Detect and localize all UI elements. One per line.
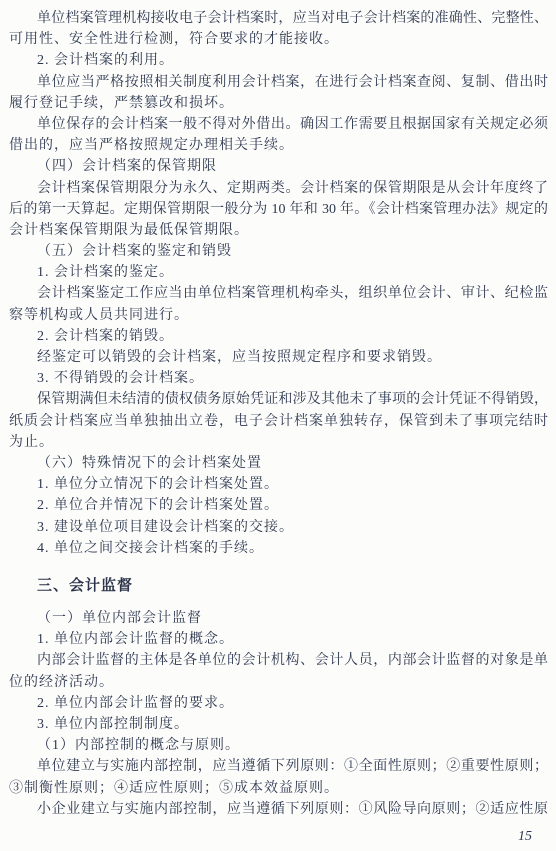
text-line: 2. 单位合并情况下的会计档案处置。 <box>9 495 548 516</box>
text-line: 3. 不得销毁的会计档案。 <box>9 368 548 389</box>
text-line: 后的第一天算起。定期保管期限一般分为 10 年和 30 年。《会计档案管理办法》… <box>9 199 548 220</box>
text-line: 单位建立与实施内部控制，应当遵循下列原则：①全面性原则；②重要性原则； <box>9 756 548 777</box>
text-line: 单位档案管理机构接收电子会计档案时，应当对电子会计档案的准确性、完整性、 <box>9 8 548 29</box>
text-line: 内部会计监督的主体是各单位的会计机构、会计人员，内部会计监督的对象是单 <box>9 650 548 671</box>
text-line: 会计档案保管期限分为永久、定期两类。会计档案的保管期限是从会计年度终了 <box>9 178 548 199</box>
text-line: ③制衡性原则；④适应性原则；⑤成本效益原则。 <box>9 778 548 799</box>
text-block: 单位档案管理机构接收电子会计档案时，应当对电子会计档案的准确性、完整性、可用性、… <box>9 8 548 820</box>
text-line: 会计档案保管期限为最低保管期限。 <box>9 220 548 241</box>
text-line: 3. 单位内部控制制度。 <box>9 714 548 735</box>
text-line: 为止。 <box>9 432 548 453</box>
text-line: 借出的，应当严格按照规定办理相关手续。 <box>9 135 548 156</box>
text-line: 会计档案鉴定工作应当由单位档案管理机构牵头，组织单位会计、审计、纪检监 <box>9 283 548 304</box>
text-line: 2. 会计档案的利用。 <box>9 50 548 71</box>
text-line: 履行登记手续，严禁篡改和损坏。 <box>9 93 548 114</box>
text-line: 单位应当严格按照相关制度利用会计档案，在进行会计档案查阅、复制、借出时 <box>9 72 548 93</box>
text-line: 保管期满但未结清的债权债务原始凭证和涉及其他未了事项的会计凭证不得销毁， <box>9 389 548 410</box>
text-line: 单位保存的会计档案一般不得对外借出。确因工作需要且根据国家有关规定必须 <box>9 114 548 135</box>
text-line: 2. 会计档案的销毁。 <box>9 326 548 347</box>
text-line: 察等机构或人员共同进行。 <box>9 305 548 326</box>
text-line: 经鉴定可以销毁的会计档案，应当按照规定程序和要求销毁。 <box>9 347 548 368</box>
text-line: 3. 建设单位项目建设会计档案的交接。 <box>9 517 548 538</box>
text-line: （五）会计档案的鉴定和销毁 <box>9 241 548 262</box>
section-heading: 三、会计监督 <box>9 575 548 596</box>
text-line: 小企业建立与实施内部控制，应当遵循下列原则：①风险导向原则；②适应性原 <box>9 799 548 820</box>
text-line: 1. 单位分立情况下的会计档案处置。 <box>9 474 548 495</box>
text-line: 位的经济活动。 <box>9 672 548 693</box>
document-page: 单位档案管理机构接收电子会计档案时，应当对电子会计档案的准确性、完整性、可用性、… <box>0 0 556 851</box>
text-line: 可用性、安全性进行检测，符合要求的才能接收。 <box>9 29 548 50</box>
text-line: 4. 单位之间交接会计档案的手续。 <box>9 538 548 559</box>
text-line: 1. 单位内部会计监督的概念。 <box>9 629 548 650</box>
text-line: （一）单位内部会计监督 <box>9 608 548 629</box>
text-line: （六）特殊情况下的会计档案处置 <box>9 453 548 474</box>
page-number: 15 <box>518 829 532 845</box>
text-line: 纸质会计档案应当单独抽出立卷，电子会计档案单独转存，保管到未了事项完结时 <box>9 411 548 432</box>
text-line: 2. 单位内部会计监督的要求。 <box>9 693 548 714</box>
text-line: 1. 会计档案的鉴定。 <box>9 262 548 283</box>
text-line: （1）内部控制的概念与原则。 <box>9 735 548 756</box>
text-line: （四）会计档案的保管期限 <box>9 156 548 177</box>
